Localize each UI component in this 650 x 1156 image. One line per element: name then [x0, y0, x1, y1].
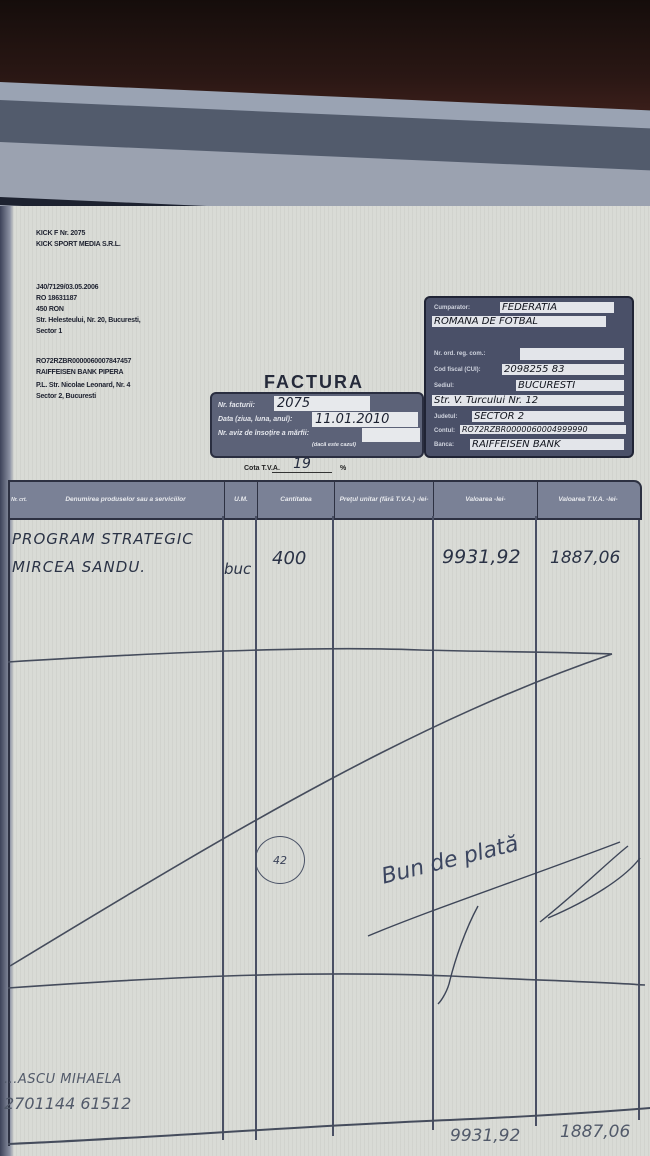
delegate-id: 2701144 61512: [4, 1094, 131, 1113]
total-vat-value: 1887,06: [560, 1122, 630, 1142]
total-value: 9931,92: [450, 1126, 520, 1146]
delegate-name: ...ASCU MIHAELA: [4, 1072, 122, 1087]
circled-number: 42: [255, 836, 305, 884]
cancellation-strokes: [0, 0, 650, 1156]
